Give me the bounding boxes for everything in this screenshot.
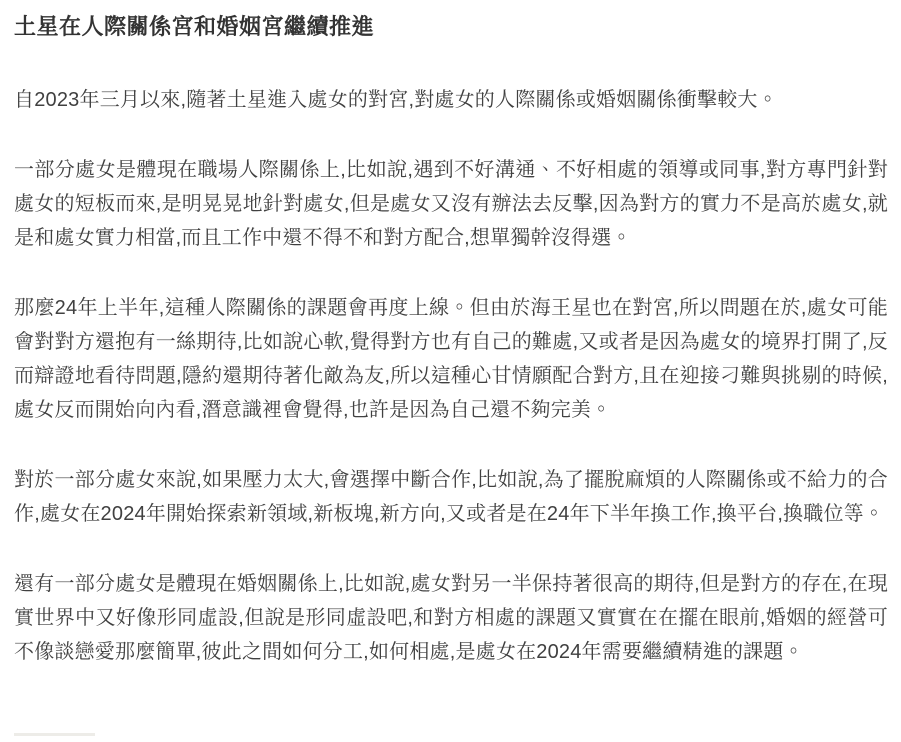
article-page: { "article": { "title": "土星在人際關係宮和婚姻宮繼續推…: [0, 0, 901, 742]
article-title: 土星在人際關係宮和婚姻宮繼續推進: [14, 13, 888, 41]
article-paragraph-3: 那麼24年上半年,這種人際關係的課題會再度上線。但由於海王星也在對宮,所以問題在…: [14, 291, 888, 427]
article-paragraph-1: 自2023年三月以來,隨著土星進入處女的對宮,對處女的人際關係或婚姻關係衝擊較大…: [14, 83, 888, 117]
article-body: 土星在人際關係宮和婚姻宮繼續推進 自2023年三月以來,隨著土星進入處女的對宮,…: [0, 0, 901, 669]
article-paragraph-4: 對於一部分處女來說,如果壓力太大,會選擇中斷合作,比如說,為了擺脫麻煩的人際關係…: [14, 463, 888, 531]
article-paragraph-5: 還有一部分處女是體現在婚姻關係上,比如說,處女對另一半保持著很高的期待,但是對方…: [14, 567, 888, 669]
article-paragraph-2: 一部分處女是體現在職場人際關係上,比如說,遇到不好溝通、不好相處的領導或同事,對…: [14, 153, 888, 255]
next-content-cutoff-fragment: [14, 733, 95, 736]
